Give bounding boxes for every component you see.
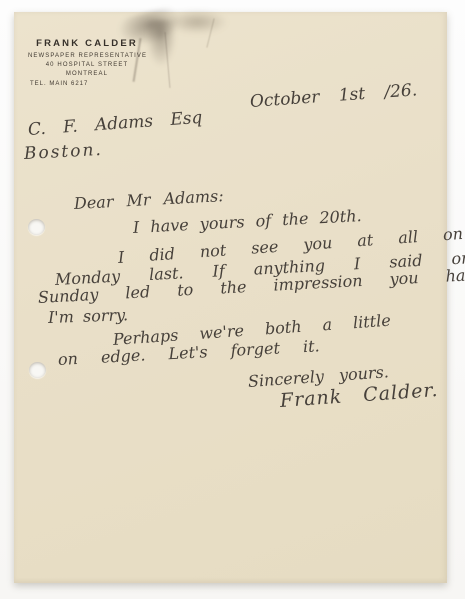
letterhead: FRANK CALDER NEWSPAPER REPRESENTATIVE 40… <box>28 38 146 87</box>
letterhead-name: FRANK CALDER <box>28 38 146 49</box>
ink-stain <box>172 10 228 34</box>
ink-stain <box>146 20 176 66</box>
letter-line: I'm sorry. <box>48 305 129 327</box>
letterhead-city: MONTREAL <box>28 71 146 77</box>
punch-hole-bottom <box>29 362 46 378</box>
letterhead-address: 40 HOSPITAL STREET <box>28 62 146 68</box>
letter-date: October 1st /26. <box>249 80 418 112</box>
letterhead-title: NEWSPAPER REPRESENTATIVE <box>28 53 146 59</box>
letter-paper: FRANK CALDER NEWSPAPER REPRESENTATIVE 40… <box>14 12 447 583</box>
ink-scratch <box>206 18 214 47</box>
letterhead-phone: TEL. MAIN 6217 <box>30 81 146 87</box>
punch-hole-top <box>28 219 45 235</box>
ink-scratch <box>165 32 171 88</box>
recipient-city: Boston. <box>23 140 103 164</box>
scanned-letter-photo: FRANK CALDER NEWSPAPER REPRESENTATIVE 40… <box>0 0 465 599</box>
recipient-name: C. F. Adams Esq <box>27 108 203 140</box>
salutation: Dear Mr Adams: <box>74 186 225 213</box>
